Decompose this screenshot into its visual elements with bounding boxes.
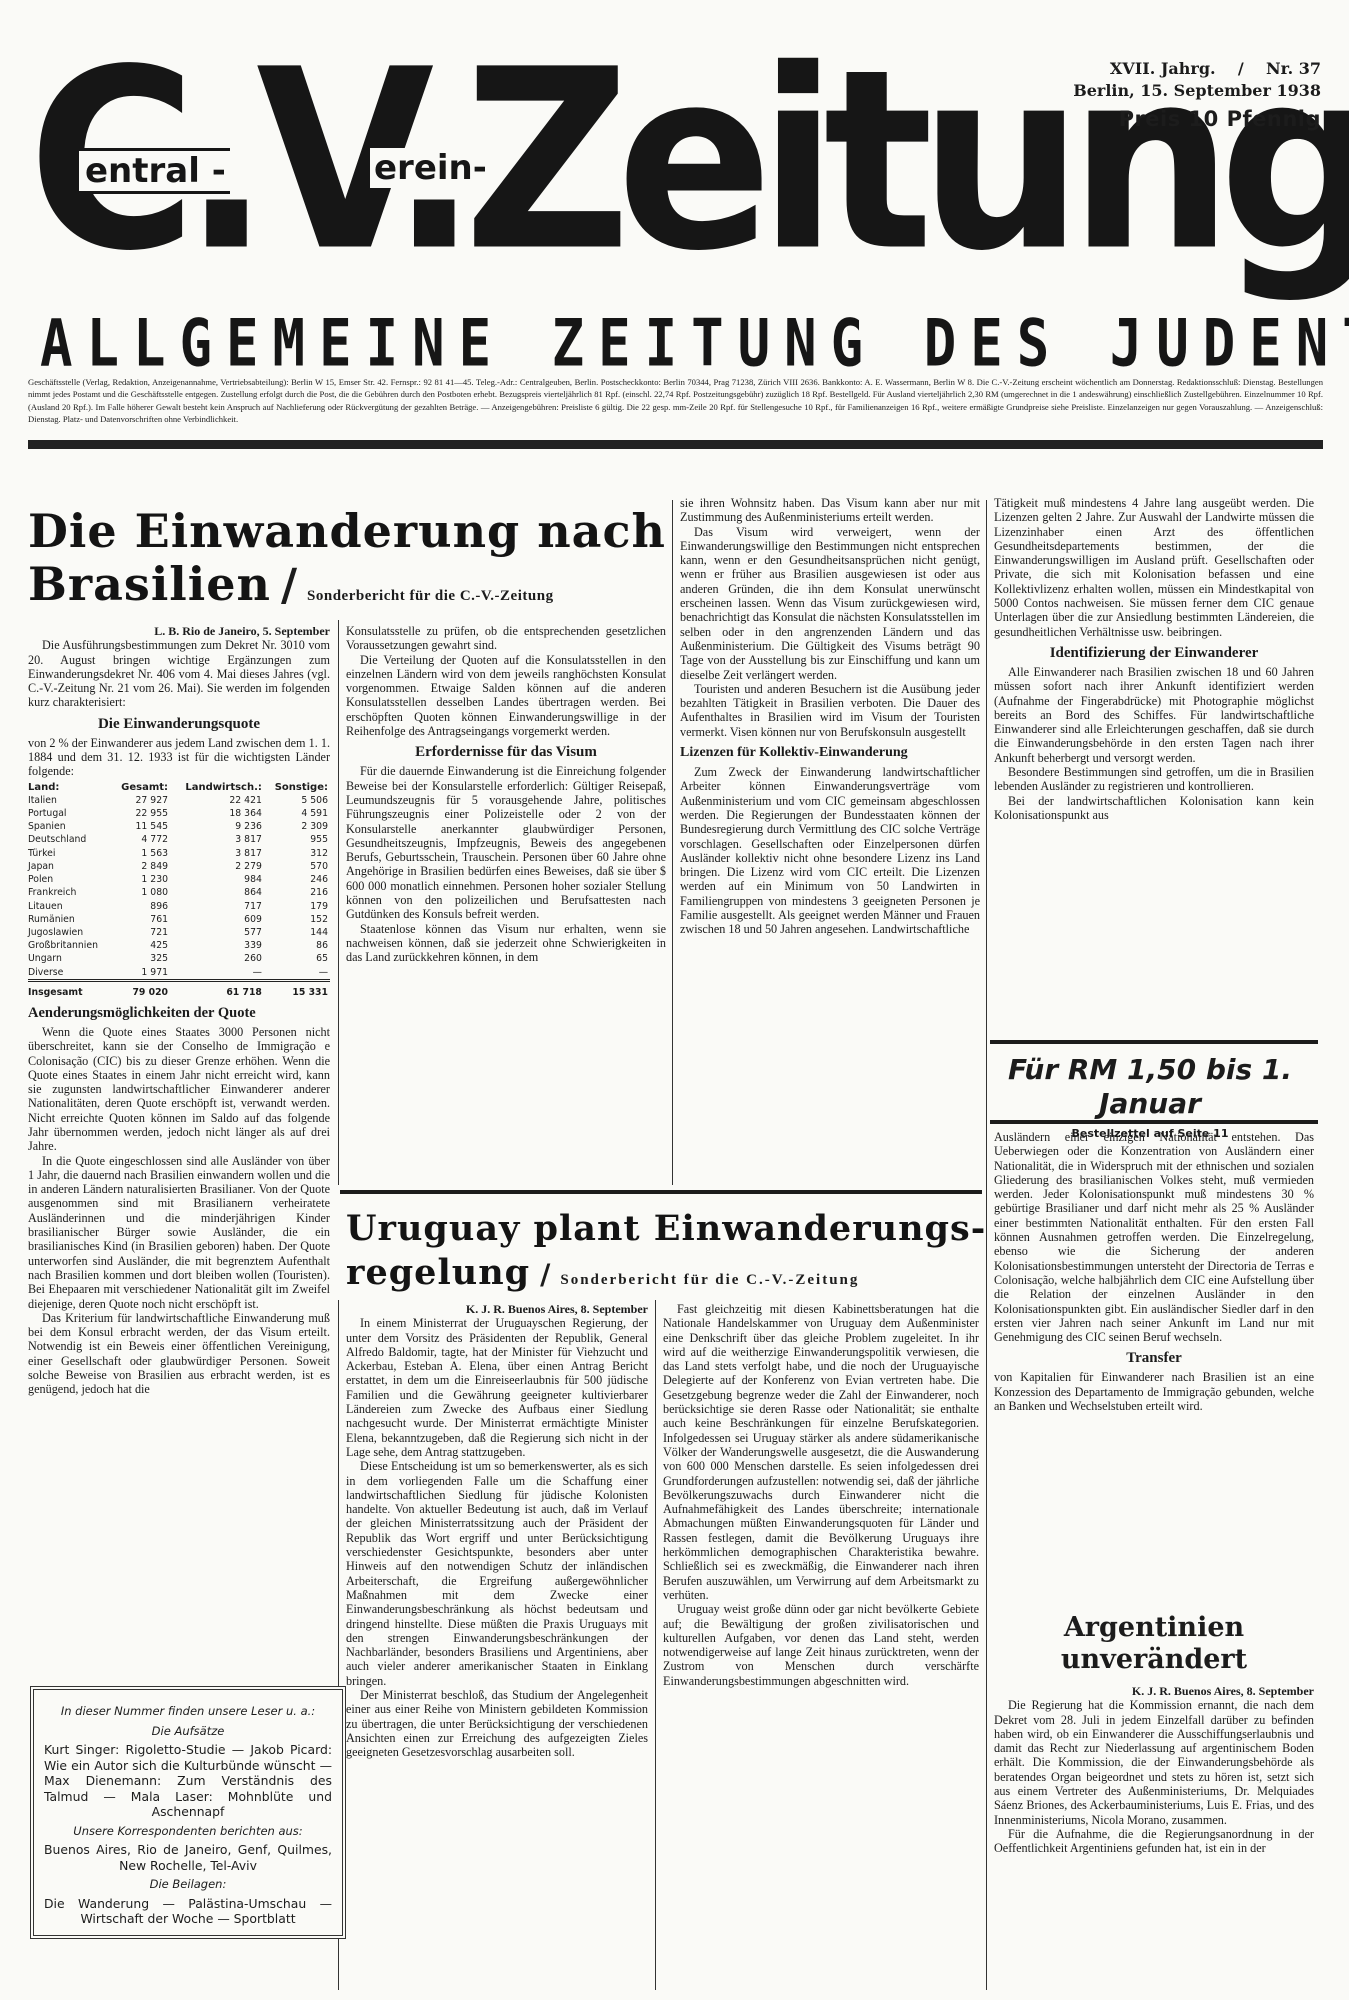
column-rule xyxy=(672,500,673,1185)
table-row: Diverse1 971—— xyxy=(28,966,330,981)
cell: 1 971 xyxy=(112,966,170,981)
cell: 312 xyxy=(264,847,330,860)
paragraph: Staatenlose können das Visum nur erhalte… xyxy=(346,922,666,965)
subheading-aenderung: Aenderungsmöglichkeiten der Quote xyxy=(28,1003,330,1023)
dateline-brasilien: L. B. Rio de Janeiro, 5. September xyxy=(28,624,330,638)
cell: 4 591 xyxy=(264,807,330,820)
cell: Insgesamt xyxy=(28,980,112,999)
paragraph: Diese Entscheidung ist um so bemerkenswe… xyxy=(346,1459,648,1688)
separator: / xyxy=(1238,59,1244,78)
slash-divider: / xyxy=(540,1258,550,1291)
promo-rule-bottom xyxy=(990,1120,1318,1124)
table-header-row: Land: Gesamt: Landwirtsch.: Sonstige: xyxy=(28,781,330,794)
paragraph: Alle Einwanderer nach Brasilien zwischen… xyxy=(994,665,1314,765)
cell: 864 xyxy=(170,886,264,899)
cell: 86 xyxy=(264,939,330,952)
subscription-promo[interactable]: Für RM 1,50 bis 1. Januar Bestellzettel … xyxy=(985,1053,1315,1140)
contents-supplements-label: Die Beilagen: xyxy=(44,1877,332,1893)
masthead-tag-verein: erein- xyxy=(370,148,491,188)
cell: 15 331 xyxy=(264,980,330,999)
paragraph: sie ihren Wohnsitz haben. Das Visum kann… xyxy=(680,496,980,525)
cell: 79 020 xyxy=(112,980,170,999)
masthead-tag-central: entral - xyxy=(76,148,230,194)
contents-correspondents-label: Unsere Korrespondenten berichten aus: xyxy=(44,1824,332,1840)
cell: 3 817 xyxy=(170,833,264,846)
kicker-sonderbericht: Sonderbericht für die C.-V.-Zeitung xyxy=(307,588,554,604)
cell: 5 506 xyxy=(264,794,330,807)
cell: Rumänien xyxy=(28,913,112,926)
table-row: Italien27 92722 4215 506 xyxy=(28,794,330,807)
contents-intro: In dieser Nummer finden unsere Leser u. … xyxy=(44,1704,332,1720)
cell: 3 817 xyxy=(170,847,264,860)
table-row: Türkei1 5633 817312 xyxy=(28,847,330,860)
headline-brasilien-line2: Brasilien xyxy=(28,557,271,611)
cell: 1 230 xyxy=(112,873,170,886)
cell: 61 718 xyxy=(170,980,264,999)
cell: 216 xyxy=(264,886,330,899)
contents-essays: Kurt Singer: Rigoletto-Studie — Jakob Pi… xyxy=(44,1742,332,1820)
promo-rule-top xyxy=(990,1040,1318,1044)
headline-brasilien-line2-row: Brasilien/Sonderbericht für die C.-V.-Ze… xyxy=(28,558,554,611)
cell: 717 xyxy=(170,900,264,913)
contents-correspondents: Buenos Aires, Rio de Janeiro, Genf, Quil… xyxy=(44,1842,332,1873)
column-rule xyxy=(338,620,339,1185)
paragraph: Konsulatsstelle zu prüfen, ob die entspr… xyxy=(346,624,666,653)
table-row: Polen1 230984246 xyxy=(28,873,330,886)
volume: XVII. Jahrg. xyxy=(1110,59,1216,78)
paragraph: Die Verteilung der Quoten auf die Konsul… xyxy=(346,653,666,739)
paragraph: Fast gleichzeitig mit diesen Kabinettsbe… xyxy=(663,1302,979,1602)
headline-uruguay-line2: regelung xyxy=(346,1252,530,1293)
cell: Ungarn xyxy=(28,952,112,965)
cell: 152 xyxy=(264,913,330,926)
paragraph: Uruguay weist große dünn oder gar nicht … xyxy=(663,1602,979,1688)
uruguay-column-1: K. J. R. Buenos Aires, 8. September In e… xyxy=(346,1302,648,1760)
cell: 144 xyxy=(264,926,330,939)
cell: 65 xyxy=(264,952,330,965)
cell: 2 849 xyxy=(112,860,170,873)
cell: 4 772 xyxy=(112,833,170,846)
cell: — xyxy=(264,966,330,981)
cell: 325 xyxy=(112,952,170,965)
column-header: Land: xyxy=(28,781,112,794)
table-row: Litauen896717179 xyxy=(28,900,330,913)
cell: 2 309 xyxy=(264,820,330,833)
masthead-subtitle: ALLGEMEINE ZEITUNG DES JUDENTUMS xyxy=(40,308,1310,380)
column-header: Sonstige: xyxy=(264,781,330,794)
cell: 22 421 xyxy=(170,794,264,807)
cell: 984 xyxy=(170,873,264,886)
cell: Jugoslawien xyxy=(28,926,112,939)
table-row: Deutschland4 7723 817955 xyxy=(28,833,330,846)
headline-uruguay-line2-row: regelung/Sonderbericht für die C.-V.-Zei… xyxy=(346,1252,859,1294)
cell: Spanien xyxy=(28,820,112,833)
cell: 246 xyxy=(264,873,330,886)
cell: 27 927 xyxy=(112,794,170,807)
paragraph: Für die Aufnahme, die die Regierungsanor… xyxy=(994,1827,1314,1856)
dateline-argentinien: K. J. R. Buenos Aires, 8. September xyxy=(994,1684,1314,1698)
cell: Großbritannien xyxy=(28,939,112,952)
cell: 577 xyxy=(170,926,264,939)
paragraph: Der Ministerrat beschloß, das Studium de… xyxy=(346,1688,648,1759)
cell: 260 xyxy=(170,952,264,965)
subheading-identifizierung: Identifizierung der Einwanderer xyxy=(994,643,1314,663)
cell: 179 xyxy=(264,900,330,913)
table-row: Rumänien761609152 xyxy=(28,913,330,926)
headline-argentinien-line2: unverändert xyxy=(994,1644,1314,1676)
column-4-continued: Ausländern einer einzigen Nationalität e… xyxy=(994,1130,1314,1413)
paragraph: Wenn die Quote eines Staates 3000 Person… xyxy=(28,1025,330,1154)
table-total-row: Insgesamt 79 020 61 718 15 331 xyxy=(28,980,330,999)
table-row: Portugal22 95518 3644 591 xyxy=(28,807,330,820)
table-row: Jugoslawien721577144 xyxy=(28,926,330,939)
headline-argentinien-line1: Argentinien xyxy=(994,1612,1314,1644)
cell: 339 xyxy=(170,939,264,952)
cell: Litauen xyxy=(28,900,112,913)
paragraph: Das Kriterium für landwirtschaftliche Ei… xyxy=(28,1311,330,1397)
table-row: Japan2 8492 279570 xyxy=(28,860,330,873)
masthead-divider-bar xyxy=(28,440,1323,449)
column-2: Konsulatsstelle zu prüfen, ob die entspr… xyxy=(346,624,666,965)
promo-headline: Für RM 1,50 bis 1. Januar xyxy=(985,1053,1315,1121)
headline-uruguay-line1: Uruguay plant Einwanderungs- xyxy=(346,1208,986,1250)
uruguay-column-2: Fast gleichzeitig mit diesen Kabinettsbe… xyxy=(663,1302,979,1688)
cell: 955 xyxy=(264,833,330,846)
subheading-visum: Erfordernisse für das Visum xyxy=(346,742,666,762)
column-1: L. B. Rio de Janeiro, 5. September Die A… xyxy=(28,624,330,1397)
table-row: Ungarn32526065 xyxy=(28,952,330,965)
cell: 22 955 xyxy=(112,807,170,820)
cell: 721 xyxy=(112,926,170,939)
price: Preis 10 Pfennig xyxy=(1073,108,1321,130)
cell: Polen xyxy=(28,873,112,886)
subheading-transfer: Transfer xyxy=(994,1348,1314,1368)
cell: 18 364 xyxy=(170,807,264,820)
cell: 1 080 xyxy=(112,886,170,899)
headline-argentinien: Argentinien unverändert xyxy=(994,1612,1314,1676)
impressum: Geschäftsstelle (Verlag, Redaktion, Anze… xyxy=(28,376,1323,426)
paragraph: Tätigkeit muß mindestens 4 Jahre lang au… xyxy=(994,496,1314,639)
cell: 1 563 xyxy=(112,847,170,860)
subheading-lizenzen: Lizenzen für Kollektiv-Einwanderung xyxy=(680,743,980,763)
paragraph: Für die dauernde Einwanderung ist die Ei… xyxy=(346,764,666,921)
table-row: Spanien11 5459 2362 309 xyxy=(28,820,330,833)
cell: 761 xyxy=(112,913,170,926)
subheading-quote: Die Einwanderungsquote xyxy=(28,714,330,734)
paragraph: Bei der landwirtschaftlichen Kolonisatio… xyxy=(994,794,1314,823)
column-rule xyxy=(655,1300,656,1990)
cell: 11 545 xyxy=(112,820,170,833)
contents-essays-label: Die Aufsätze xyxy=(44,1724,332,1740)
issue-number: Nr. 37 xyxy=(1266,59,1321,78)
cell: 425 xyxy=(112,939,170,952)
cell: Frankreich xyxy=(28,886,112,899)
argentinien-column: K. J. R. Buenos Aires, 8. September Die … xyxy=(994,1684,1314,1856)
paragraph: Besondere Bestimmungen sind getroffen, u… xyxy=(994,765,1314,794)
cell: Deutschland xyxy=(28,833,112,846)
column-3: sie ihren Wohnsitz haben. Das Visum kann… xyxy=(680,496,980,937)
paragraph: Touristen und anderen Besuchern ist die … xyxy=(680,682,980,739)
paragraph: Die Ausführungsbestimmungen zum Dekret N… xyxy=(28,638,330,709)
contents-supplements: Die Wanderung — Palästina-Umschau — Wirt… xyxy=(44,1896,332,1927)
slash-divider: / xyxy=(281,560,297,611)
cell: 2 279 xyxy=(170,860,264,873)
paragraph: Zum Zweck der Einwanderung landwirtschaf… xyxy=(680,765,980,937)
cell: Italien xyxy=(28,794,112,807)
cell: Portugal xyxy=(28,807,112,820)
section-rule xyxy=(340,1190,982,1194)
paragraph: von Kapitalien für Einwanderer nach Bras… xyxy=(994,1370,1314,1413)
cell: 570 xyxy=(264,860,330,873)
paragraph: Das Visum wird verweigert, wenn der Einw… xyxy=(680,525,980,682)
column-4: Tätigkeit muß mindestens 4 Jahre lang au… xyxy=(994,496,1314,822)
cell: 9 236 xyxy=(170,820,264,833)
paragraph: In die Quote eingeschlossen sind alle Au… xyxy=(28,1154,330,1311)
paragraph: In einem Ministerrat der Uruguayschen Re… xyxy=(346,1316,648,1459)
headline-brasilien-line1: Die Einwanderung nach xyxy=(28,505,666,557)
cell: — xyxy=(170,966,264,981)
paragraph: Die Regierung hat die Kommission ernannt… xyxy=(994,1698,1314,1827)
quota-table: Land: Gesamt: Landwirtsch.: Sonstige: It… xyxy=(28,781,330,999)
paragraph: von 2 % der Einwanderer aus jedem Land z… xyxy=(28,736,330,779)
column-header: Gesamt: xyxy=(112,781,170,794)
dateline-uruguay: K. J. R. Buenos Aires, 8. September xyxy=(346,1302,648,1316)
table-row: Frankreich1 080864216 xyxy=(28,886,330,899)
kicker-sonderbericht: Sonderbericht für die C.-V.-Zeitung xyxy=(560,1272,859,1288)
cell: 609 xyxy=(170,913,264,926)
table-row: Großbritannien42533986 xyxy=(28,939,330,952)
place-date: Berlin, 15. September 1938 xyxy=(1073,80,1321,102)
cell: Diverse xyxy=(28,966,112,981)
cell: 896 xyxy=(112,900,170,913)
cell: Japan xyxy=(28,860,112,873)
column-header: Landwirtsch.: xyxy=(170,781,264,794)
paragraph: Ausländern einer einzigen Nationalität e… xyxy=(994,1130,1314,1344)
contents-box: In dieser Nummer finden unsere Leser u. … xyxy=(30,1686,346,1939)
issue-info: XVII. Jahrg. / Nr. 37 Berlin, 15. Septem… xyxy=(1073,58,1321,130)
cell: Türkei xyxy=(28,847,112,860)
